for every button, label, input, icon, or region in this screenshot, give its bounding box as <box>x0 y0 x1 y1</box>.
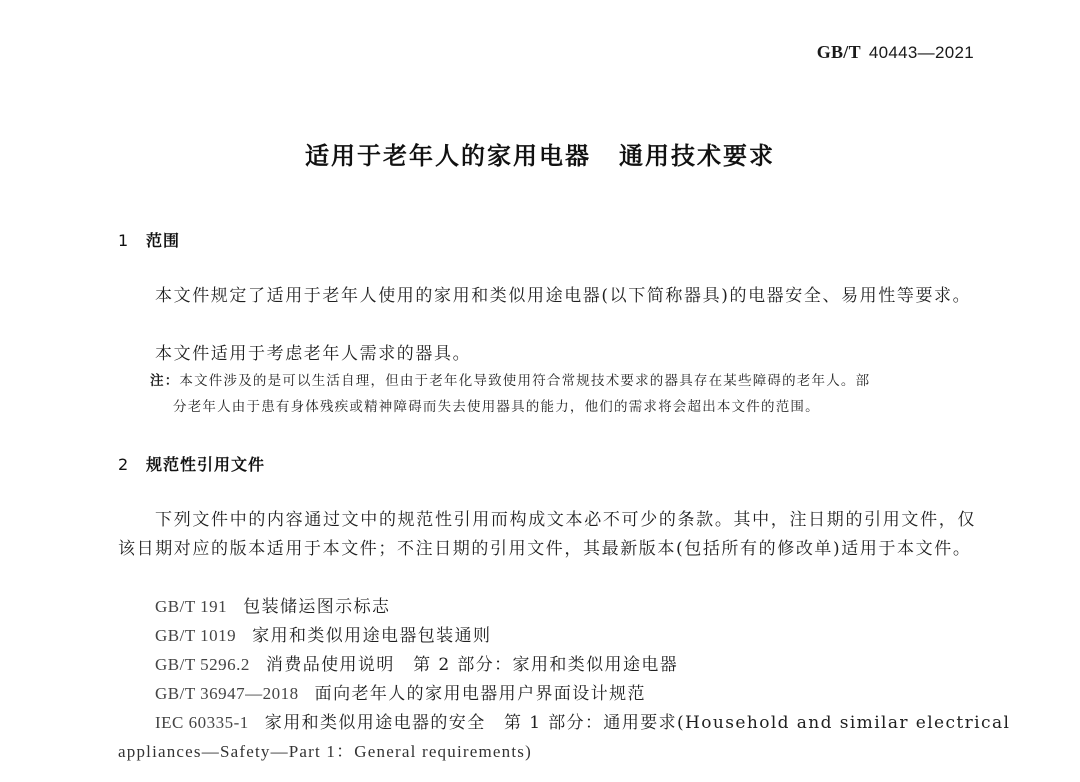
scope-note: 注：本文件涉及的是可以生活自理，但由于老年化导致使用符合常规技术要求的器具存在某… <box>150 368 976 420</box>
reference-item: GB/T 36947—2018面向老年人的家用电器用户界面设计规范 <box>155 679 646 709</box>
standard-code: GB/T40443—2021 <box>817 42 974 63</box>
note-label: 注： <box>150 373 179 389</box>
reference-item: IEC 60335-1家用和类似用途电器的安全 第 1 部分：通用要求(Hous… <box>155 708 1010 738</box>
reference-continuation: appliances—Safety—Part 1：General require… <box>118 737 532 766</box>
reference-title: 家用和类似用途电器的安全 第 1 部分：通用要求(Household and s… <box>265 713 1011 733</box>
standard-number: 40443—2021 <box>869 43 974 62</box>
reference-item: GB/T 5296.2消费品使用说明 第 2 部分：家用和类似用途电器 <box>155 650 678 680</box>
reference-item: GB/T 1019家用和类似用途电器包装通则 <box>155 621 491 651</box>
section-heading-scope: 1范围 <box>118 228 180 251</box>
reference-item: GB/T 191包装储运图示标志 <box>155 592 390 622</box>
scope-paragraph-1: 本文件规定了适用于老年人使用的家用和类似用途电器(以下简称器具)的电器安全、易用… <box>118 282 976 311</box>
section-title: 范围 <box>146 231 180 250</box>
section-title: 规范性引用文件 <box>146 455 265 474</box>
references-intro-paragraph: 下列文件中的内容通过文中的规范性引用而构成文本必不可少的条款。其中，注日期的引用… <box>118 506 976 564</box>
title-part-2: 通用技术要求 <box>619 142 775 170</box>
reference-code: GB/T 36947—2018 <box>155 684 299 703</box>
reference-code: GB/T 1019 <box>155 626 236 645</box>
note-line-1: 本文件涉及的是可以生活自理，但由于老年化导致使用符合常规技术要求的器具存在某些障… <box>179 373 870 389</box>
section-number: 1 <box>118 231 146 250</box>
document-title: 适用于老年人的家用电器通用技术要求 <box>0 136 1080 171</box>
reference-title: 面向老年人的家用电器用户界面设计规范 <box>315 684 646 704</box>
reference-title: 家用和类似用途电器包装通则 <box>252 626 491 646</box>
scope-paragraph-2: 本文件适用于考虑老年人需求的器具。 <box>118 340 976 369</box>
section-number: 2 <box>118 455 146 474</box>
note-line-2: 分老年人由于患有身体残疾或精神障碍而失去使用器具的能力，他们的需求将会超出本文件… <box>150 394 976 420</box>
reference-title: 消费品使用说明 第 2 部分：家用和类似用途电器 <box>266 655 678 675</box>
title-part-1: 适用于老年人的家用电器 <box>305 142 591 170</box>
reference-code: GB/T 5296.2 <box>155 655 250 674</box>
standard-prefix: GB/T <box>817 42 861 62</box>
reference-code: IEC 60335-1 <box>155 713 249 732</box>
document-page: GB/T40443—2021 适用于老年人的家用电器通用技术要求 1范围 本文件… <box>0 0 1080 782</box>
reference-title: 包装储运图示标志 <box>243 597 390 617</box>
section-heading-normative-references: 2规范性引用文件 <box>118 452 265 475</box>
reference-code: GB/T 191 <box>155 597 227 616</box>
